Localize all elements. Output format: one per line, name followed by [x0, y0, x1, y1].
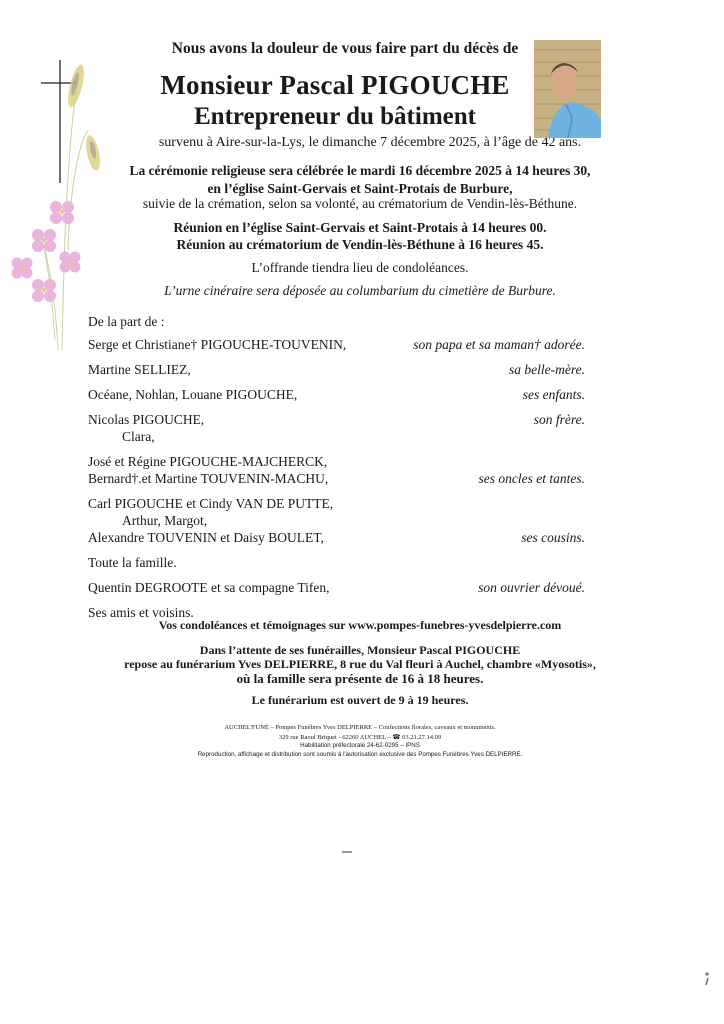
rest-info-2: repose au funérarium Yves DELPIERRE, 8 r…	[60, 657, 660, 672]
condolences-website: Vos condoléances et témoignages sur www.…	[60, 618, 660, 633]
ceremony-date: La cérémonie religieuse sera célébrée le…	[60, 163, 660, 179]
family-presence: où la famille sera présente de 16 à 18 h…	[60, 671, 660, 687]
family-row: Carl PIGOUCHE et Cindy VAN DE PUTTE,Arth…	[88, 495, 585, 546]
family-names: Martine SELLIEZ,	[88, 361, 191, 378]
scan-artifact	[704, 972, 710, 986]
rest-info-1: Dans l’attente de ses funérailles, Monsi…	[60, 643, 660, 658]
family-member: Clara,	[88, 428, 204, 445]
family-relation: ses cousins.	[521, 529, 585, 546]
family-member: Martine SELLIEZ,	[88, 361, 191, 378]
family-relation: sa belle-mère.	[509, 361, 585, 378]
family-row: José et Régine PIGOUCHE-MAJCHERCK,Bernar…	[88, 453, 585, 487]
reproduction-notice: Reproduction, affichage et distribution …	[60, 751, 660, 758]
family-names: Carl PIGOUCHE et Cindy VAN DE PUTTE,Arth…	[88, 495, 333, 546]
family-row: Quentin DEGROOTE et sa compagne Tifen,so…	[88, 579, 585, 596]
family-relation: ses oncles et tantes.	[479, 470, 585, 487]
family-member: Serge et Christiane† PIGOUCHE-TOUVENIN,	[88, 336, 346, 353]
family-relation: son papa et sa maman† adorée.	[413, 336, 585, 353]
family-names: Serge et Christiane† PIGOUCHE-TOUVENIN,	[88, 336, 346, 353]
family-names: Toute la famille.	[88, 554, 177, 571]
offering-note: L’offrande tiendra lieu de condoléances.	[60, 260, 660, 276]
family-names: Océane, Nohlan, Louane PIGOUCHE,	[88, 386, 297, 403]
cremation-info: suivie de la crémation, selon sa volonté…	[60, 196, 660, 212]
family-member: Bernard†.et Martine TOUVENIN-MACHU,	[88, 470, 328, 487]
family-row: Martine SELLIEZ,sa belle-mère.	[88, 361, 585, 378]
family-member: Alexandre TOUVENIN et Daisy BOULET,	[88, 529, 333, 546]
urn-note: L’urne cinéraire sera déposée au columba…	[60, 283, 660, 299]
meeting-church: Réunion en l’église Saint-Gervais et Sai…	[60, 220, 660, 236]
family-member: Carl PIGOUCHE et Cindy VAN DE PUTTE,	[88, 495, 333, 512]
announcement-intro: Nous avons la douleur de vous faire part…	[100, 40, 590, 58]
family-relation: son ouvrier dévoué.	[478, 579, 585, 596]
scan-artifact	[342, 851, 352, 853]
family-member: Océane, Nohlan, Louane PIGOUCHE,	[88, 386, 297, 403]
deceased-profession: Entrepreneur du bâtiment	[100, 103, 570, 131]
funeral-director-name: AUCHEL'FUNÉ – Pompes Funèbres Yves DELPI…	[60, 724, 660, 731]
family-relation: son frère.	[534, 411, 585, 428]
ceremony-location: en l’église Saint-Gervais et Saint-Prota…	[60, 181, 660, 197]
family-list: De la part de : Serge et Christiane† PIG…	[88, 314, 585, 629]
deceased-name: Monsieur Pascal PIGOUCHE	[100, 70, 570, 101]
funeral-director-address: 329 rue Raoul Briquet - 62260 AUCHEL – ☎…	[60, 733, 660, 741]
family-member: Nicolas PIGOUCHE,	[88, 411, 204, 428]
family-names: Nicolas PIGOUCHE,Clara,	[88, 411, 204, 445]
family-row: Nicolas PIGOUCHE,Clara,son frère.	[88, 411, 585, 445]
family-member: Toute la famille.	[88, 554, 177, 571]
family-row: Serge et Christiane† PIGOUCHE-TOUVENIN,s…	[88, 336, 585, 353]
family-relation: ses enfants.	[523, 386, 585, 403]
family-names: José et Régine PIGOUCHE-MAJCHERCK,Bernar…	[88, 453, 328, 487]
family-row: Océane, Nohlan, Louane PIGOUCHE,ses enfa…	[88, 386, 585, 403]
family-intro: De la part de :	[88, 314, 585, 336]
family-row: Toute la famille.	[88, 554, 585, 571]
family-member: José et Régine PIGOUCHE-MAJCHERCK,	[88, 453, 328, 470]
meeting-crematorium: Réunion au crématorium de Vendin-lès-Bét…	[60, 237, 660, 253]
funerarium-hours: Le funérarium est ouvert de 9 à 19 heure…	[60, 693, 660, 708]
death-details: survenu à Aire-sur-la-Lys, le dimanche 7…	[145, 135, 595, 151]
family-member: Quentin DEGROOTE et sa compagne Tifen,	[88, 579, 329, 596]
family-names: Quentin DEGROOTE et sa compagne Tifen,	[88, 579, 329, 596]
deceased-photo	[534, 40, 601, 138]
funeral-director-license: Habilitation préfectorale 24-62-0295 – I…	[60, 742, 660, 749]
family-member: Arthur, Margot,	[88, 512, 333, 529]
